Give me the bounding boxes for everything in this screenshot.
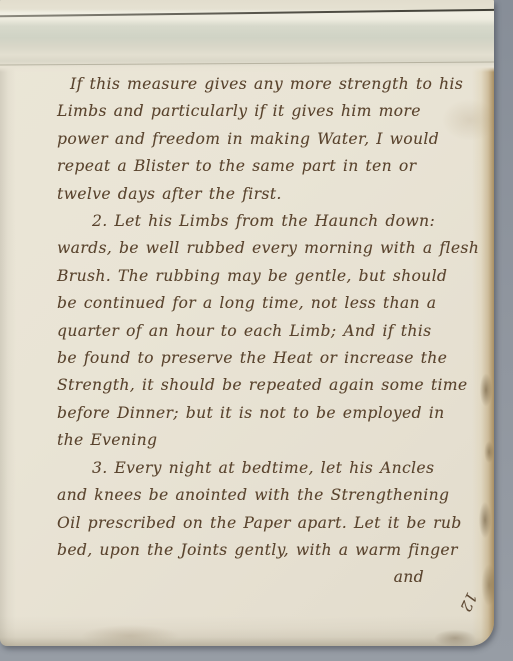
manuscript-line: Brush. The rubbing may be gentle, but sh… xyxy=(57,263,460,290)
manuscript-line: Strength, it should be repeated again so… xyxy=(57,372,460,399)
catchword: and xyxy=(57,564,460,591)
manuscript-line: bed, upon the Joints gently, with a warm… xyxy=(57,537,460,564)
fold-crease-line xyxy=(0,9,494,18)
manuscript-line: Limbs and particularly if it gives him m… xyxy=(57,98,460,125)
manuscript-line: 3. Every night at bedtime, let his Ancle… xyxy=(57,455,460,482)
manuscript-line: Oil prescribed on the Paper apart. Let i… xyxy=(57,510,460,537)
folio-number: 12 xyxy=(456,590,480,615)
manuscript-line: 2. Let his Limbs from the Haunch down: xyxy=(57,208,460,235)
manuscript-line: the Evening xyxy=(57,427,460,454)
manuscript-line: be continued for a long time, not less t… xyxy=(57,290,460,317)
manuscript-page: If this measure gives any more strength … xyxy=(0,0,494,646)
manuscript-line: quarter of an hour to each Limb; And if … xyxy=(57,318,460,345)
manuscript-line: be found to preserve the Heat or increas… xyxy=(57,345,460,372)
manuscript-line: and knees be anointed with the Strengthe… xyxy=(57,482,460,509)
page-top-fold xyxy=(0,0,494,72)
manuscript-line: repeat a Blister to the same part in ten… xyxy=(57,153,460,180)
manuscript-line: before Dinner; but it is not to be emplo… xyxy=(57,400,460,427)
manuscript-line: wards, be well rubbed every morning with… xyxy=(57,235,460,262)
manuscript-line: twelve days after the first. xyxy=(57,181,460,208)
letter-body: If this measure gives any more strength … xyxy=(0,71,494,592)
manuscript-line: If this measure gives any more strength … xyxy=(57,71,460,98)
photo-background: If this measure gives any more strength … xyxy=(0,0,513,661)
manuscript-line: power and freedom in making Water, I wou… xyxy=(57,126,460,153)
fold-crease-light xyxy=(0,61,494,65)
